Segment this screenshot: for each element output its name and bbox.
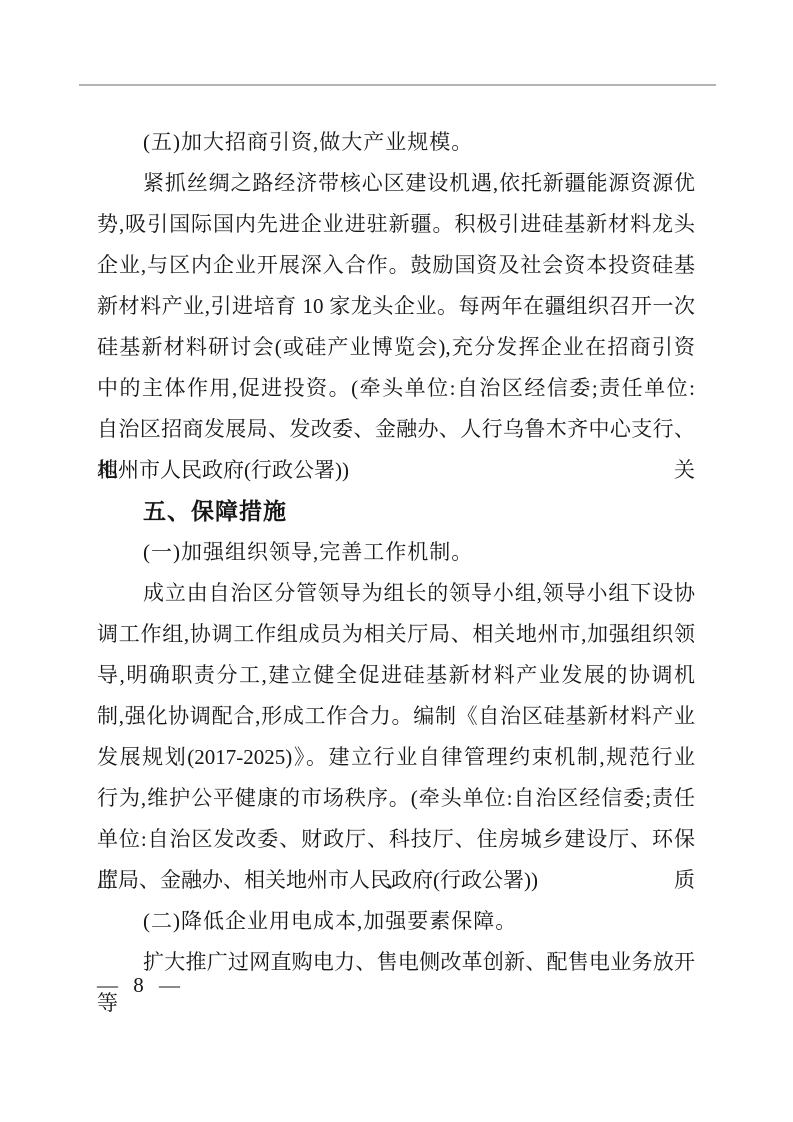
page-number: — 8 —: [97, 974, 185, 997]
paragraph-line: 紧抓丝绸之路经济带核心区建设机遇,依托新疆能源资源优: [97, 163, 695, 204]
paragraph-line: 新材料产业,引进培育 10 家龙头企业。每两年在疆组织召开一次: [97, 286, 695, 327]
paragraph-line: 单位:自治区发改委、财政厅、科技厅、住房城乡建设厅、环保厅、质: [97, 819, 695, 860]
document-page: (五)加大招商引资,做大产业规模。 紧抓丝绸之路经济带核心区建设机遇,依托新疆能…: [0, 0, 793, 1122]
paragraph-line: 导,明确职责分工,建立健全促进硅基新材料产业发展的协调机: [97, 655, 695, 696]
paragraph-line: 中的主体作用,促进投资。(牵头单位:自治区经信委;责任单位:: [97, 368, 695, 409]
paragraph-line: 制,强化协调配合,形成工作合力。编制《自治区硅基新材料产业: [97, 696, 695, 737]
paragraph-line: 自治区招商发展局、发改委、金融办、人行乌鲁木齐中心支行、相关: [97, 409, 695, 450]
paragraph-line: 发展规划(2017-2025)》。建立行业自律管理约束机制,规范行业: [97, 737, 695, 778]
section-5-heading: (五)加大招商引资,做大产业规模。: [97, 122, 695, 163]
paragraph-line: 硅基新材料研讨会(或硅产业博览会),充分发挥企业在招商引资: [97, 327, 695, 368]
paragraph-line: 扩大推广过网直购电力、售电侧改革创新、配售电业务放开等: [97, 942, 695, 983]
paragraph-line: 成立由自治区分管领导为组长的领导小组,领导小组下设协: [97, 573, 695, 614]
paragraph-line: 行为,维护公平健康的市场秩序。(牵头单位:自治区经信委;责任: [97, 778, 695, 819]
chapter-5-heading: 五、保障措施: [97, 491, 695, 532]
section-1-heading: (一)加强组织领导,完善工作机制。: [97, 532, 695, 573]
paragraph-line: 势,吸引国际国内先进企业进驻新疆。积极引进硅基新材料龙头: [97, 204, 695, 245]
document-body: (五)加大招商引资,做大产业规模。 紧抓丝绸之路经济带核心区建设机遇,依托新疆能…: [97, 122, 695, 983]
header-rule: [79, 84, 716, 86]
section-2-heading: (二)降低企业用电成本,加强要素保障。: [97, 901, 695, 942]
paragraph-line: 调工作组,协调工作组成员为相关厅局、相关地州市,加强组织领: [97, 614, 695, 655]
paragraph-line: 企业,与区内企业开展深入合作。鼓励国资及社会资本投资硅基: [97, 245, 695, 286]
